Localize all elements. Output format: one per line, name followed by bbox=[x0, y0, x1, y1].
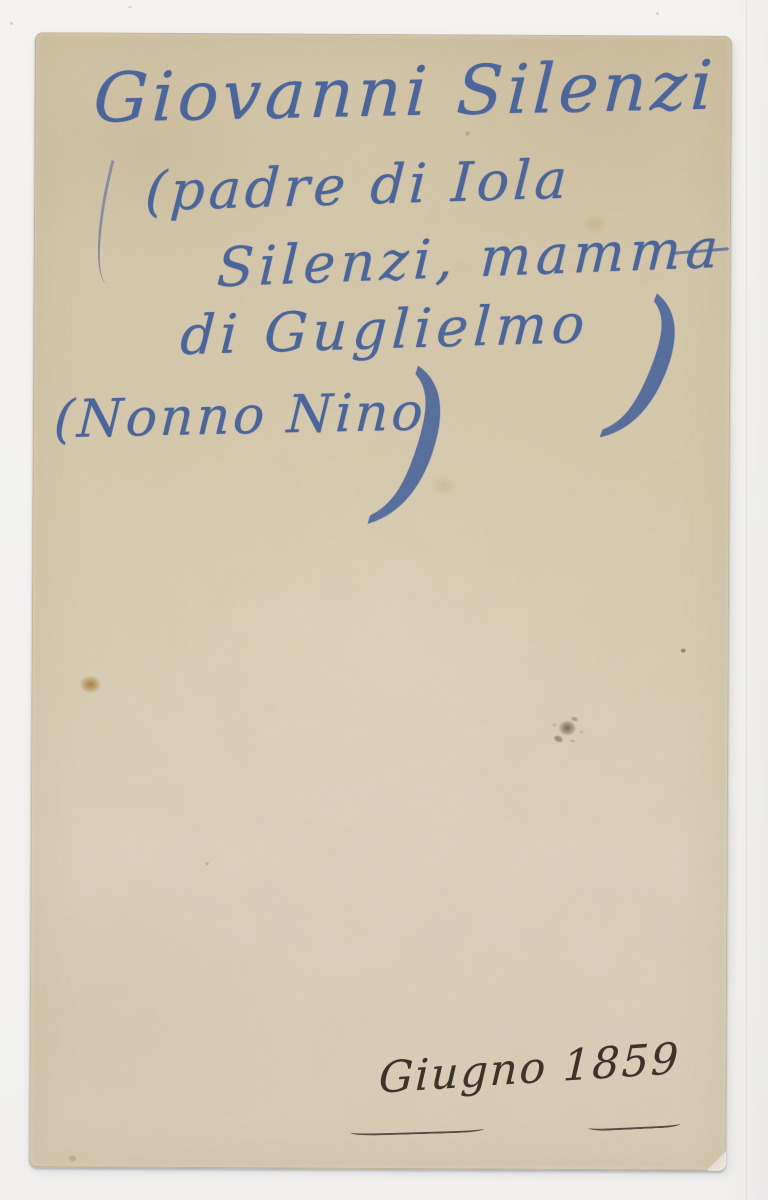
photo-card-back: Giovanni Silenzi (padre di Iola Silenzi,… bbox=[29, 32, 732, 1171]
stain-spot bbox=[80, 675, 102, 693]
date-inscription: Giugno 1859 bbox=[378, 1038, 681, 1101]
dust-speck bbox=[656, 12, 659, 15]
dust-speck bbox=[10, 22, 13, 25]
handwriting-line-name: Giovanni Silenzi bbox=[92, 53, 718, 134]
scanner-edge-line bbox=[746, 0, 747, 1200]
stain-speck bbox=[465, 131, 469, 135]
handwriting-line-guglielmo: di Guglielmo bbox=[179, 297, 591, 363]
underline-flourish bbox=[588, 1120, 680, 1131]
stain-speck bbox=[681, 649, 686, 653]
handwriting-line-padre: (padre di Iola bbox=[144, 153, 573, 220]
worn-corner bbox=[708, 1151, 726, 1171]
stain-speck bbox=[206, 862, 209, 865]
underline-flourish bbox=[350, 1125, 484, 1136]
closing-paren-large: ) bbox=[371, 348, 459, 533]
handwriting-line-nonno-nino: (Nonno Nino bbox=[53, 386, 427, 446]
scan-background: Giovanni Silenzi (padre di Iola Silenzi,… bbox=[0, 0, 768, 1200]
dust-speck bbox=[128, 6, 132, 8]
pen-flourish-stroke bbox=[83, 160, 138, 285]
stain-spot bbox=[558, 720, 576, 736]
stain-speck bbox=[69, 1155, 76, 1161]
closing-paren-large: ) bbox=[602, 276, 695, 451]
